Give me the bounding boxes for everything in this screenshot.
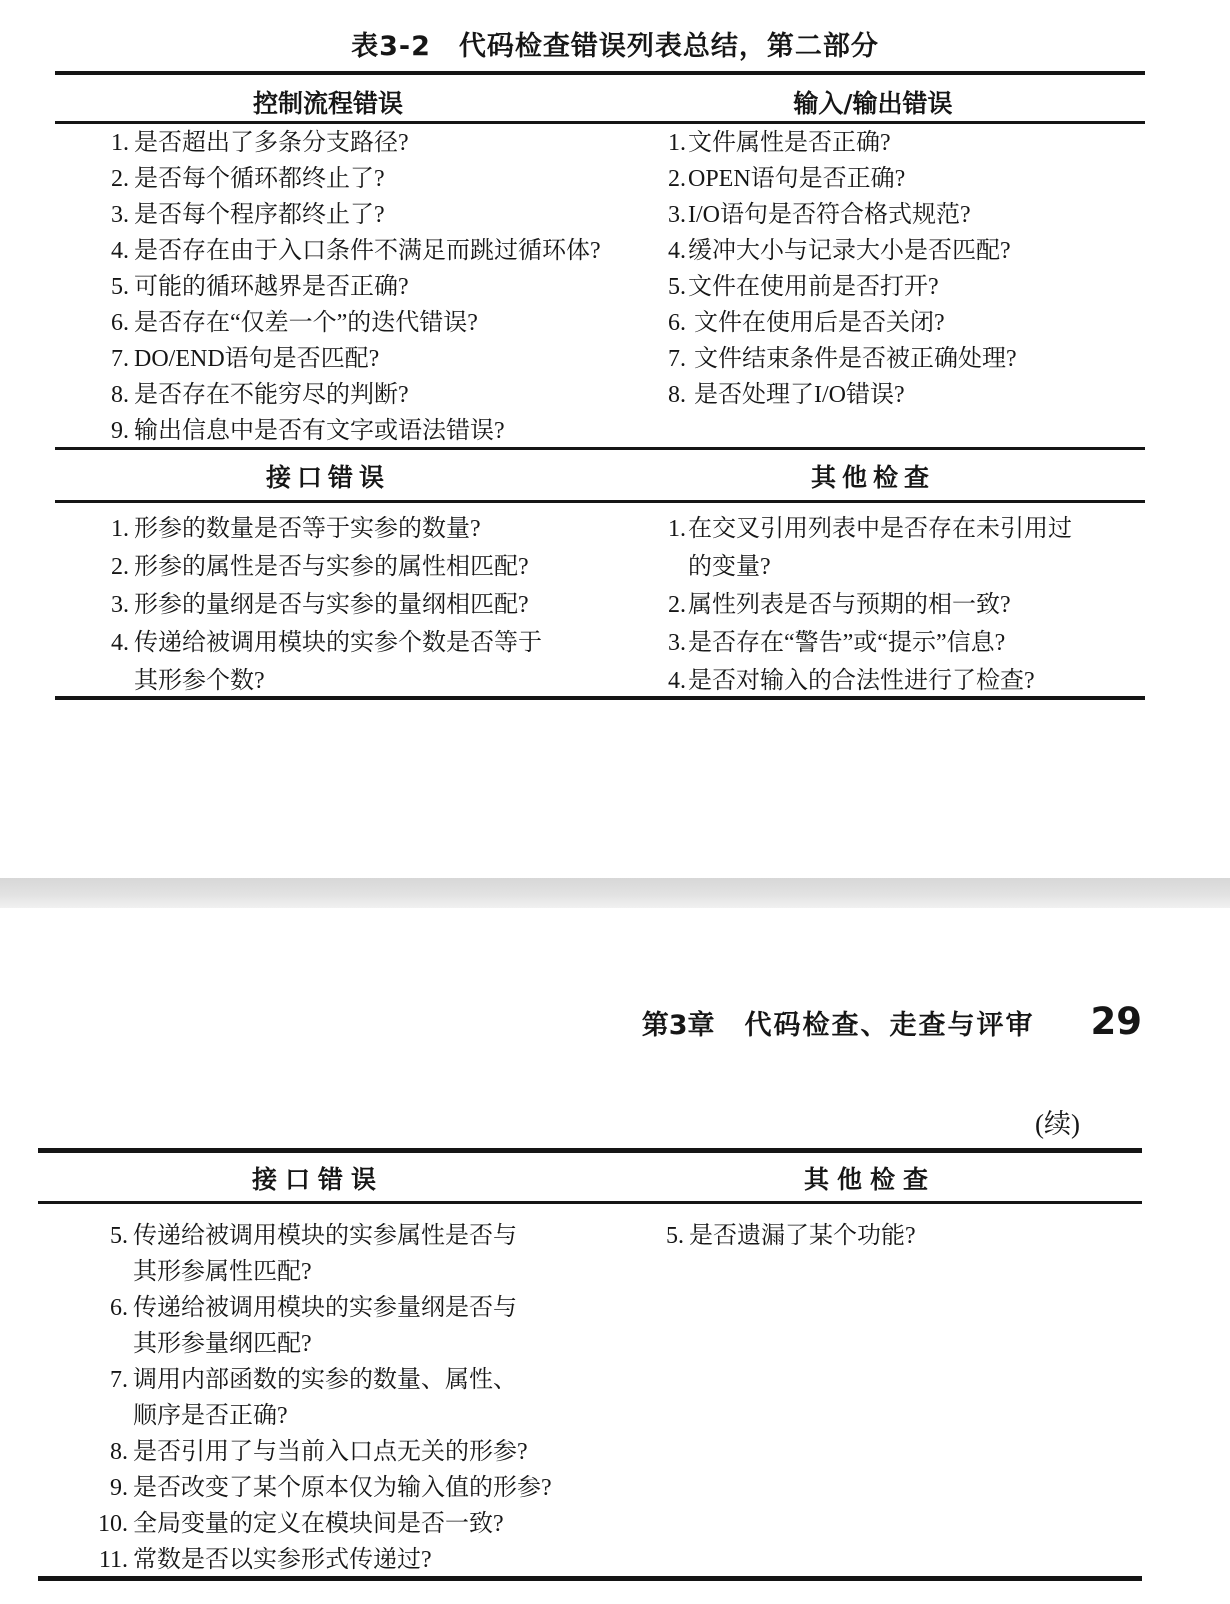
page-break-scan-band — [0, 878, 1230, 908]
item-number: 5. — [85, 271, 129, 304]
checklist-item: 3. 形参的量纲是否与实参的量纲相匹配? — [85, 588, 625, 626]
column-header-control-flow: 控制流程错误 — [55, 84, 601, 120]
checklist-item: 4. 传递给被调用模块的实参个数是否等于 — [85, 626, 625, 664]
column-header-other-checks: 其他检查 — [601, 458, 1145, 494]
item-text: OPEN语句是否正确? — [688, 163, 905, 196]
item-number: 8. — [84, 1436, 128, 1469]
chapter-number: 第3章 — [642, 1003, 715, 1042]
checklist-item: 11. 常数是否以实参形式传递过? — [84, 1544, 644, 1580]
checklist-item: 6. 是否存在“仅差一个”的迭代错误? — [85, 307, 605, 343]
item-text: 是否存在不能穷尽的判断? — [134, 379, 409, 412]
item-text: 文件属性是否正确? — [688, 127, 891, 160]
item-number: 1. — [640, 512, 686, 546]
running-header: 第3章 代码检查、走查与评审 29 — [642, 1000, 1142, 1043]
item-number: 7. — [640, 343, 686, 376]
item-text: 是否处理了I/O错误? — [688, 379, 905, 412]
item-number: 3. — [85, 199, 129, 232]
item-text: 属性列表是否与预期的相一致? — [688, 588, 1011, 622]
interface-checklist-continued: 5. 传递给被调用模块的实参属性是否与 其形参属性匹配? 6. 传递给被调用模块… — [84, 1220, 644, 1580]
checklist-item: 1. 在交叉引用列表中是否存在未引用过 — [640, 512, 1160, 550]
item-number: 6. — [640, 307, 686, 340]
item-number: 2. — [85, 163, 129, 196]
item-number: 1. — [85, 127, 129, 160]
item-text: 是否对输入的合法性进行了检查? — [688, 664, 1035, 698]
column-header-other-checks-continued: 其他检查 — [598, 1160, 1142, 1196]
other-checks-checklist-continued: 5. 是否遗漏了某个功能? — [640, 1220, 1160, 1256]
item-number: 5. — [84, 1220, 128, 1253]
checklist-item: 2. OPEN语句是否正确? — [640, 163, 1145, 199]
checklist-item: 8. 是否存在不能穷尽的判断? — [85, 379, 605, 415]
item-number: 5. — [640, 271, 686, 304]
column-header-input-output: 输入/输出错误 — [601, 84, 1145, 120]
item-text: 缓冲大小与记录大小是否匹配? — [688, 235, 1011, 268]
item-text: 常数是否以实参形式传递过? — [133, 1544, 432, 1577]
item-text: 形参的属性是否与实参的属性相匹配? — [134, 550, 529, 584]
item-text: 形参的数量是否等于实参的数量? — [134, 512, 481, 546]
item-number: 4. — [85, 235, 129, 268]
table-rule — [55, 121, 1145, 124]
item-number: 2. — [640, 163, 686, 196]
column-header-interface-continued: 接口错误 — [38, 1160, 598, 1196]
item-number: 3. — [640, 626, 686, 660]
checklist-item: 1. 是否超出了多条分支路径? — [85, 127, 605, 163]
item-text: 输出信息中是否有文字或语法错误? — [134, 415, 505, 448]
checklist-item: 3. 是否存在“警告”或“提示”信息? — [640, 626, 1160, 664]
other-checks-checklist: 1. 在交叉引用列表中是否存在未引用过 的变量? 2. 属性列表是否与预期的相一… — [640, 512, 1160, 702]
table-rule — [55, 71, 1145, 75]
item-text: 是否存在“仅差一个”的迭代错误? — [134, 307, 478, 340]
table-title: 表3-2 代码检查错误列表总结，第二部分 — [0, 24, 1230, 63]
item-text: 调用内部函数的实参的数量、属性、 — [133, 1364, 517, 1397]
checklist-item: 10. 全局变量的定义在模块间是否一致? — [84, 1508, 644, 1544]
checklist-item: 5. 可能的循环越界是否正确? — [85, 271, 605, 307]
item-text: 其形参量纲匹配? — [133, 1328, 312, 1361]
item-text: 其形参个数? — [134, 664, 265, 698]
item-text: 传递给被调用模块的实参属性是否与 — [133, 1220, 517, 1253]
checklist-item: 顺序是否正确? — [84, 1400, 644, 1436]
checklist-item: 5. 是否遗漏了某个功能? — [640, 1220, 1160, 1256]
checklist-item: 4. 是否对输入的合法性进行了检查? — [640, 664, 1160, 702]
input-output-checklist: 1. 文件属性是否正确? 2. OPEN语句是否正确? 3. I/O语句是否符合… — [640, 127, 1145, 415]
item-text: 是否引用了与当前入口点无关的形参? — [133, 1436, 528, 1469]
chapter-title: 代码检查、走查与评审 — [745, 1003, 1035, 1042]
item-text: 是否存在“警告”或“提示”信息? — [688, 626, 1005, 660]
item-text: 形参的量纲是否与实参的量纲相匹配? — [134, 588, 529, 622]
item-text: 是否超出了多条分支路径? — [134, 127, 409, 160]
item-text: 文件在使用前是否打开? — [688, 271, 939, 304]
item-number: 2. — [85, 550, 129, 584]
item-text: 传递给被调用模块的实参个数是否等于 — [134, 626, 542, 660]
item-text: 是否遗漏了某个功能? — [689, 1220, 916, 1253]
item-number: 8. — [640, 379, 686, 412]
item-number: 6. — [85, 307, 129, 340]
item-number: 8. — [85, 379, 129, 412]
item-text: 全局变量的定义在模块间是否一致? — [133, 1508, 504, 1541]
item-number: 2. — [640, 588, 686, 622]
item-text: 可能的循环越界是否正确? — [134, 271, 409, 304]
checklist-item: 其形参属性匹配? — [84, 1256, 644, 1292]
item-text: I/O语句是否符合格式规范? — [688, 199, 971, 232]
checklist-item: 6. 传递给被调用模块的实参量纲是否与 — [84, 1292, 644, 1328]
item-number: 7. — [84, 1364, 128, 1397]
item-text: 是否每个程序都终止了? — [134, 199, 385, 232]
item-text: 是否存在由于入口条件不满足而跳过循环体? — [134, 235, 601, 268]
item-number: 9. — [84, 1472, 128, 1505]
checklist-item: 7. DO/END语句是否匹配? — [85, 343, 605, 379]
checklist-item: 5. 文件在使用前是否打开? — [640, 271, 1145, 307]
checklist-item: 8. 是否处理了I/O错误? — [640, 379, 1145, 415]
checklist-item: 1. 文件属性是否正确? — [640, 127, 1145, 163]
checklist-item: 1. 形参的数量是否等于实参的数量? — [85, 512, 625, 550]
item-text: 顺序是否正确? — [133, 1400, 288, 1433]
checklist-item: 8. 是否引用了与当前入口点无关的形参? — [84, 1436, 644, 1472]
checklist-item: 3. 是否每个程序都终止了? — [85, 199, 605, 235]
checklist-item: 2. 形参的属性是否与实参的属性相匹配? — [85, 550, 625, 588]
checklist-item: 7. 文件结束条件是否被正确处理? — [640, 343, 1145, 379]
item-text: DO/END语句是否匹配? — [134, 343, 379, 376]
checklist-item: 7. 调用内部函数的实参的数量、属性、 — [84, 1364, 644, 1400]
item-number: 9. — [85, 415, 129, 448]
checklist-item: 其形参个数? — [85, 664, 625, 702]
item-number: 7. — [85, 343, 129, 376]
checklist-item: 2. 属性列表是否与预期的相一致? — [640, 588, 1160, 626]
item-number: 11. — [84, 1544, 128, 1577]
checklist-item: 6. 文件在使用后是否关闭? — [640, 307, 1145, 343]
interface-checklist: 1. 形参的数量是否等于实参的数量? 2. 形参的属性是否与实参的属性相匹配? … — [85, 512, 625, 702]
checklist-item: 其形参量纲匹配? — [84, 1328, 644, 1364]
item-number: 4. — [640, 235, 686, 268]
table-rule — [55, 500, 1145, 503]
item-number: 10. — [84, 1508, 128, 1541]
item-text: 文件结束条件是否被正确处理? — [688, 343, 1017, 376]
checklist-item: 的变量? — [640, 550, 1160, 588]
checklist-item: 9. 输出信息中是否有文字或语法错误? — [85, 415, 605, 451]
checklist-item: 3. I/O语句是否符合格式规范? — [640, 199, 1145, 235]
checklist-item: 4. 缓冲大小与记录大小是否匹配? — [640, 235, 1145, 271]
checklist-item: 9. 是否改变了某个原本仅为输入值的形参? — [84, 1472, 644, 1508]
item-text: 在交叉引用列表中是否存在未引用过 — [688, 512, 1072, 546]
item-text: 是否每个循环都终止了? — [134, 163, 385, 196]
table-rule — [38, 1201, 1142, 1204]
control-flow-checklist: 1. 是否超出了多条分支路径? 2. 是否每个循环都终止了? 3. 是否每个程序… — [85, 127, 605, 451]
checklist-item: 4. 是否存在由于入口条件不满足而跳过循环体? — [85, 235, 605, 271]
item-text: 传递给被调用模块的实参量纲是否与 — [133, 1292, 517, 1325]
page-number: 29 — [1091, 1000, 1143, 1043]
column-header-interface: 接口错误 — [55, 458, 601, 494]
item-number: 1. — [85, 512, 129, 546]
item-text: 文件在使用后是否关闭? — [688, 307, 945, 340]
item-number: 3. — [85, 588, 129, 622]
table-rule — [38, 1148, 1142, 1153]
item-text: 是否改变了某个原本仅为输入值的形参? — [133, 1472, 552, 1505]
item-number: 4. — [85, 626, 129, 660]
item-number: 6. — [84, 1292, 128, 1325]
checklist-item: 2. 是否每个循环都终止了? — [85, 163, 605, 199]
checklist-item: 5. 传递给被调用模块的实参属性是否与 — [84, 1220, 644, 1256]
item-text: 其形参属性匹配? — [133, 1256, 312, 1289]
continued-label: (续) — [1035, 1102, 1080, 1141]
book-page: 表3-2 代码检查错误列表总结，第二部分 控制流程错误 输入/输出错误 接口错误… — [0, 0, 1230, 1604]
item-text: 的变量? — [688, 550, 771, 584]
item-number: 3. — [640, 199, 686, 232]
item-number: 5. — [640, 1220, 684, 1253]
item-number: 4. — [640, 664, 686, 698]
item-number: 1. — [640, 127, 686, 160]
